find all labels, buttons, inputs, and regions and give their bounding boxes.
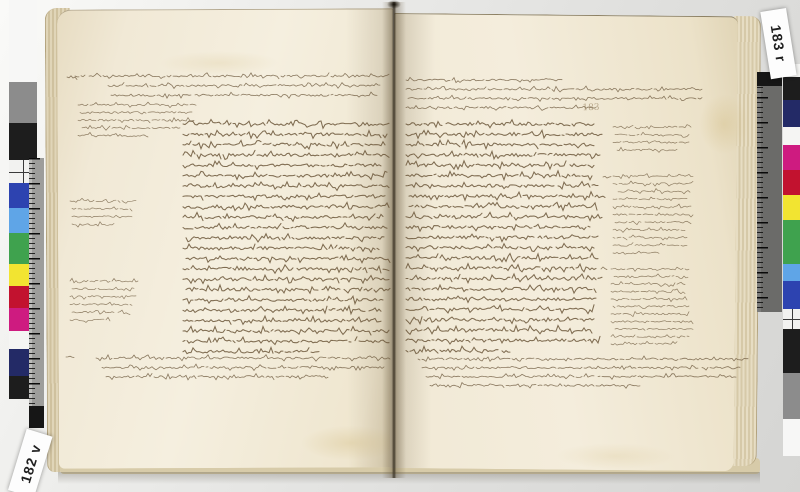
patch-green [783, 220, 800, 264]
color-calibration-bar-right [783, 64, 800, 456]
patch-white [783, 419, 800, 456]
parchment-stain [556, 443, 676, 470]
folio-number-faint: 183 [574, 102, 608, 113]
folio-label-text: 182 v [17, 442, 44, 485]
patch-gray [9, 82, 37, 123]
ruler-ticks-major [757, 72, 768, 312]
patch-red [783, 170, 800, 195]
ruler-left [29, 158, 44, 428]
crosshair-line [23, 160, 24, 183]
patch-skyblue [783, 264, 800, 281]
ruler-right [757, 72, 782, 312]
patch-magenta [783, 145, 800, 170]
crosshair-line [792, 309, 793, 329]
ruler-ticks-major [29, 158, 40, 428]
patch-blue [783, 281, 800, 309]
patch-navy [783, 100, 800, 127]
folio-number-text: 183 [582, 103, 600, 114]
page-183r [390, 13, 738, 471]
open-codex [46, 2, 772, 478]
patch-yellow [783, 195, 800, 220]
gutter-top-notch [387, 0, 401, 22]
patch-black [9, 123, 37, 160]
patch-gray [783, 373, 800, 419]
gutter-shadow [382, 2, 406, 478]
manuscript-photo: 183 182 v 183 r [0, 0, 800, 492]
ruler-end-cap [29, 406, 44, 428]
patch-white [783, 127, 800, 145]
patch-black [783, 77, 800, 100]
patch-white [9, 0, 37, 82]
patch-crosshair-target [783, 309, 800, 329]
patch-black [783, 329, 800, 373]
page-182v [57, 8, 395, 468]
folio-label-text: 183 r [768, 24, 790, 64]
parchment-stain [159, 51, 279, 76]
